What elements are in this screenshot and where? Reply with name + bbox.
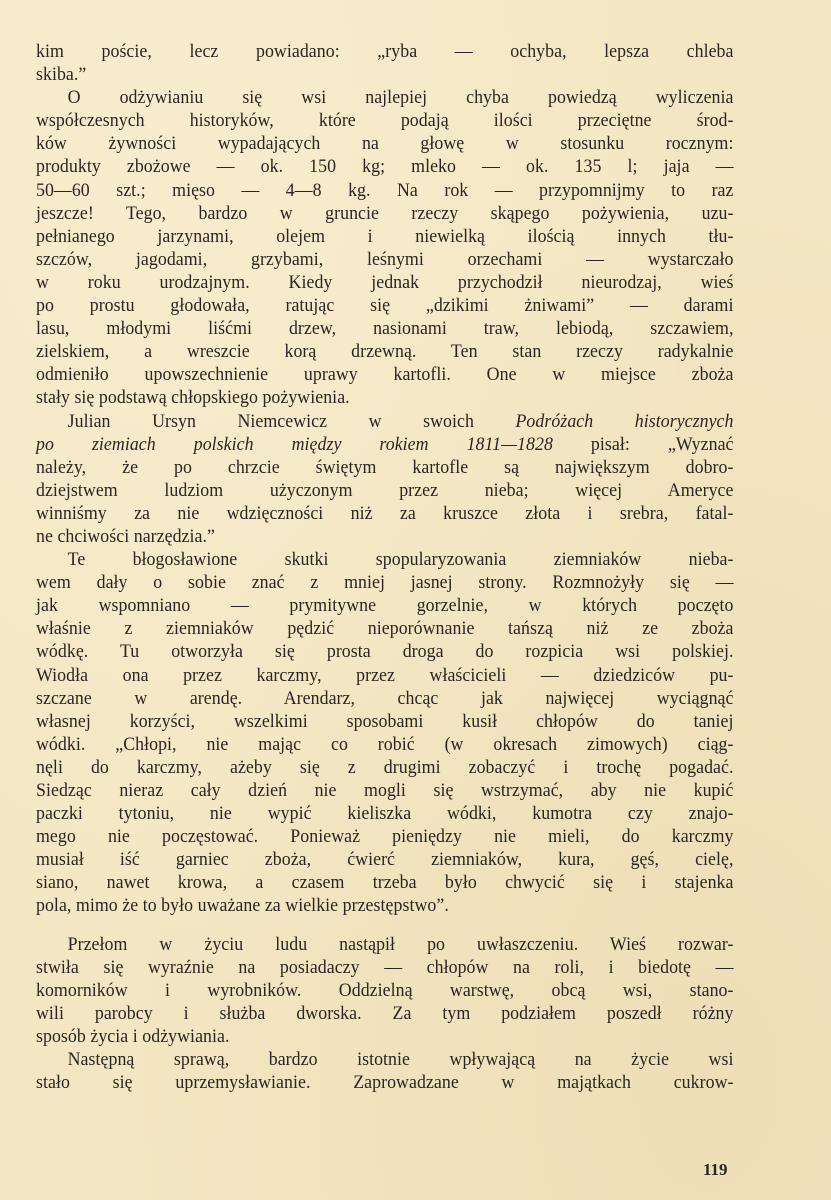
text-span: Julian Ursyn Niemcewicz w swoich <box>68 411 516 432</box>
text-line: Te błogosławione skutki spopularyzowania… <box>36 548 734 571</box>
text-line: w roku urodzajnym. Kiedy jednak przychod… <box>36 271 734 294</box>
text-line: szczane w arendę. Arendarz, chcąc jak na… <box>36 687 734 710</box>
text-line: mego nie poczęstować. Ponieważ pieniędzy… <box>36 825 734 848</box>
text-line: jeszcze! Tego, bardzo w gruncie rzeczy s… <box>36 202 734 225</box>
text-span: pisał: „Wyznać <box>553 434 734 455</box>
text-line: własnej korzyści, wszelkimi sposobami ku… <box>36 710 734 733</box>
text-line: nęli do karczmy, ażeby się z drugimi zob… <box>36 756 734 779</box>
paragraph: Przełom w życiu ludu nastąpił po uwłaszc… <box>36 933 734 1048</box>
paragraph: kim poście, lecz powiadano: „ryba — ochy… <box>36 40 734 86</box>
text-line: winniśmy za nie wdzięczności niż za krus… <box>36 502 734 525</box>
paragraph: O odżywianiu się wsi najlepiej chyba pow… <box>36 86 734 409</box>
paragraph: Następną sprawą, bardzo istotnie wpływaj… <box>36 1048 734 1094</box>
text-line: Julian Ursyn Niemcewicz w swoich Podróża… <box>36 410 734 433</box>
text-line: ków żywności wypadających na głowę w sto… <box>36 132 734 155</box>
text-span: winniśmy za nie wdzięczności niż za krus… <box>36 503 734 524</box>
text-line: paczki tytoniu, nie wypić kieliszka wódk… <box>36 802 734 825</box>
text-line: wódkę. Tu otworzyła się prosta droga do … <box>36 640 734 663</box>
text-line: stały się podstawą chłopskiego pożywieni… <box>36 386 734 409</box>
text-line: Następną sprawą, bardzo istotnie wpływaj… <box>36 1048 734 1071</box>
page-number: 119 <box>703 1160 728 1180</box>
book-title-italic: po ziemiach polskich między rokiem 1811—… <box>36 434 553 455</box>
text-line: zielskiem, a wreszcie korą drzewną. Ten … <box>36 340 734 363</box>
text-line: właśnie z ziemniaków pędzić nieporównani… <box>36 617 734 640</box>
text-line: produkty zbożowe — ok. 150 kg; mleko — o… <box>36 155 734 178</box>
text-line: sposób życia i odżywiania. <box>36 1025 734 1048</box>
text-span: dziejstwem ludziom użyczonym przez nieba… <box>36 480 734 501</box>
section-gap <box>36 918 734 933</box>
text-line: Przełom w życiu ludu nastąpił po uwłaszc… <box>36 933 734 956</box>
text-line: wili parobcy i służba dworska. Za tym po… <box>36 1002 734 1025</box>
text-line: kim poście, lecz powiadano: „ryba — ochy… <box>36 40 734 63</box>
text-line: współczesnych historyków, które podają i… <box>36 109 734 132</box>
text-line: lasu, młodymi liśćmi drzew, nasionami tr… <box>36 317 734 340</box>
text-line: komorników i wyrobników. Oddzielną warst… <box>36 979 734 1002</box>
text-line: wódki. „Chłopi, nie mając co robić (w ok… <box>36 733 734 756</box>
text-span: należy, że po chrzcie świętym kartofle s… <box>36 457 734 478</box>
text-line: stwiła się wyraźnie na posiadaczy — chło… <box>36 956 734 979</box>
text-line: stało się uprzemysławianie. Zaprowadzane… <box>36 1071 734 1094</box>
text-line: pełnianego jarzynami, olejem i niewielką… <box>36 225 734 248</box>
text-line: skiba.” <box>36 63 734 86</box>
text-line: O odżywianiu się wsi najlepiej chyba pow… <box>36 86 734 109</box>
text-line: 50—60 szt.; mięso — 4—8 kg. Na rok — prz… <box>36 179 734 202</box>
text-span: ne chciwości narzędzia.” <box>36 526 215 547</box>
book-title-italic: Podróżach historycznych <box>515 411 733 432</box>
text-line: odmieniło upowszechnienie uprawy kartofl… <box>36 363 734 386</box>
text-line: Wiodła ona przez karczmy, przez właścici… <box>36 664 734 687</box>
text-line: ne chciwości narzędzia.” <box>36 525 734 548</box>
text-line: należy, że po chrzcie świętym kartofle s… <box>36 456 734 479</box>
text-line: jak wspomniano — prymitywne gorzelnie, w… <box>36 594 734 617</box>
text-line: pola, mimo że to było uważane za wielkie… <box>36 894 734 917</box>
text-line: wem dały o sobie znać z mniej jasnej str… <box>36 571 734 594</box>
paragraph: Julian Ursyn Niemcewicz w swoich Podróża… <box>36 410 734 549</box>
text-line: po prostu głodowała, ratując się „dzikim… <box>36 294 734 317</box>
text-line: po ziemiach polskich między rokiem 1811—… <box>36 433 734 456</box>
text-line: siano, nawet krowa, a czasem trzeba było… <box>36 871 734 894</box>
text-line: musiał iść garniec zboża, ćwierć ziemnia… <box>36 848 734 871</box>
paragraph: Te błogosławione skutki spopularyzowania… <box>36 548 734 918</box>
text-line: dziejstwem ludziom użyczonym przez nieba… <box>36 479 734 502</box>
page-body: kim poście, lecz powiadano: „ryba — ochy… <box>36 40 734 1094</box>
text-line: szczów, jagodami, grzybami, leśnymi orze… <box>36 248 734 271</box>
text-line: Siedząc nieraz cały dzień nie mogli się … <box>36 779 734 802</box>
